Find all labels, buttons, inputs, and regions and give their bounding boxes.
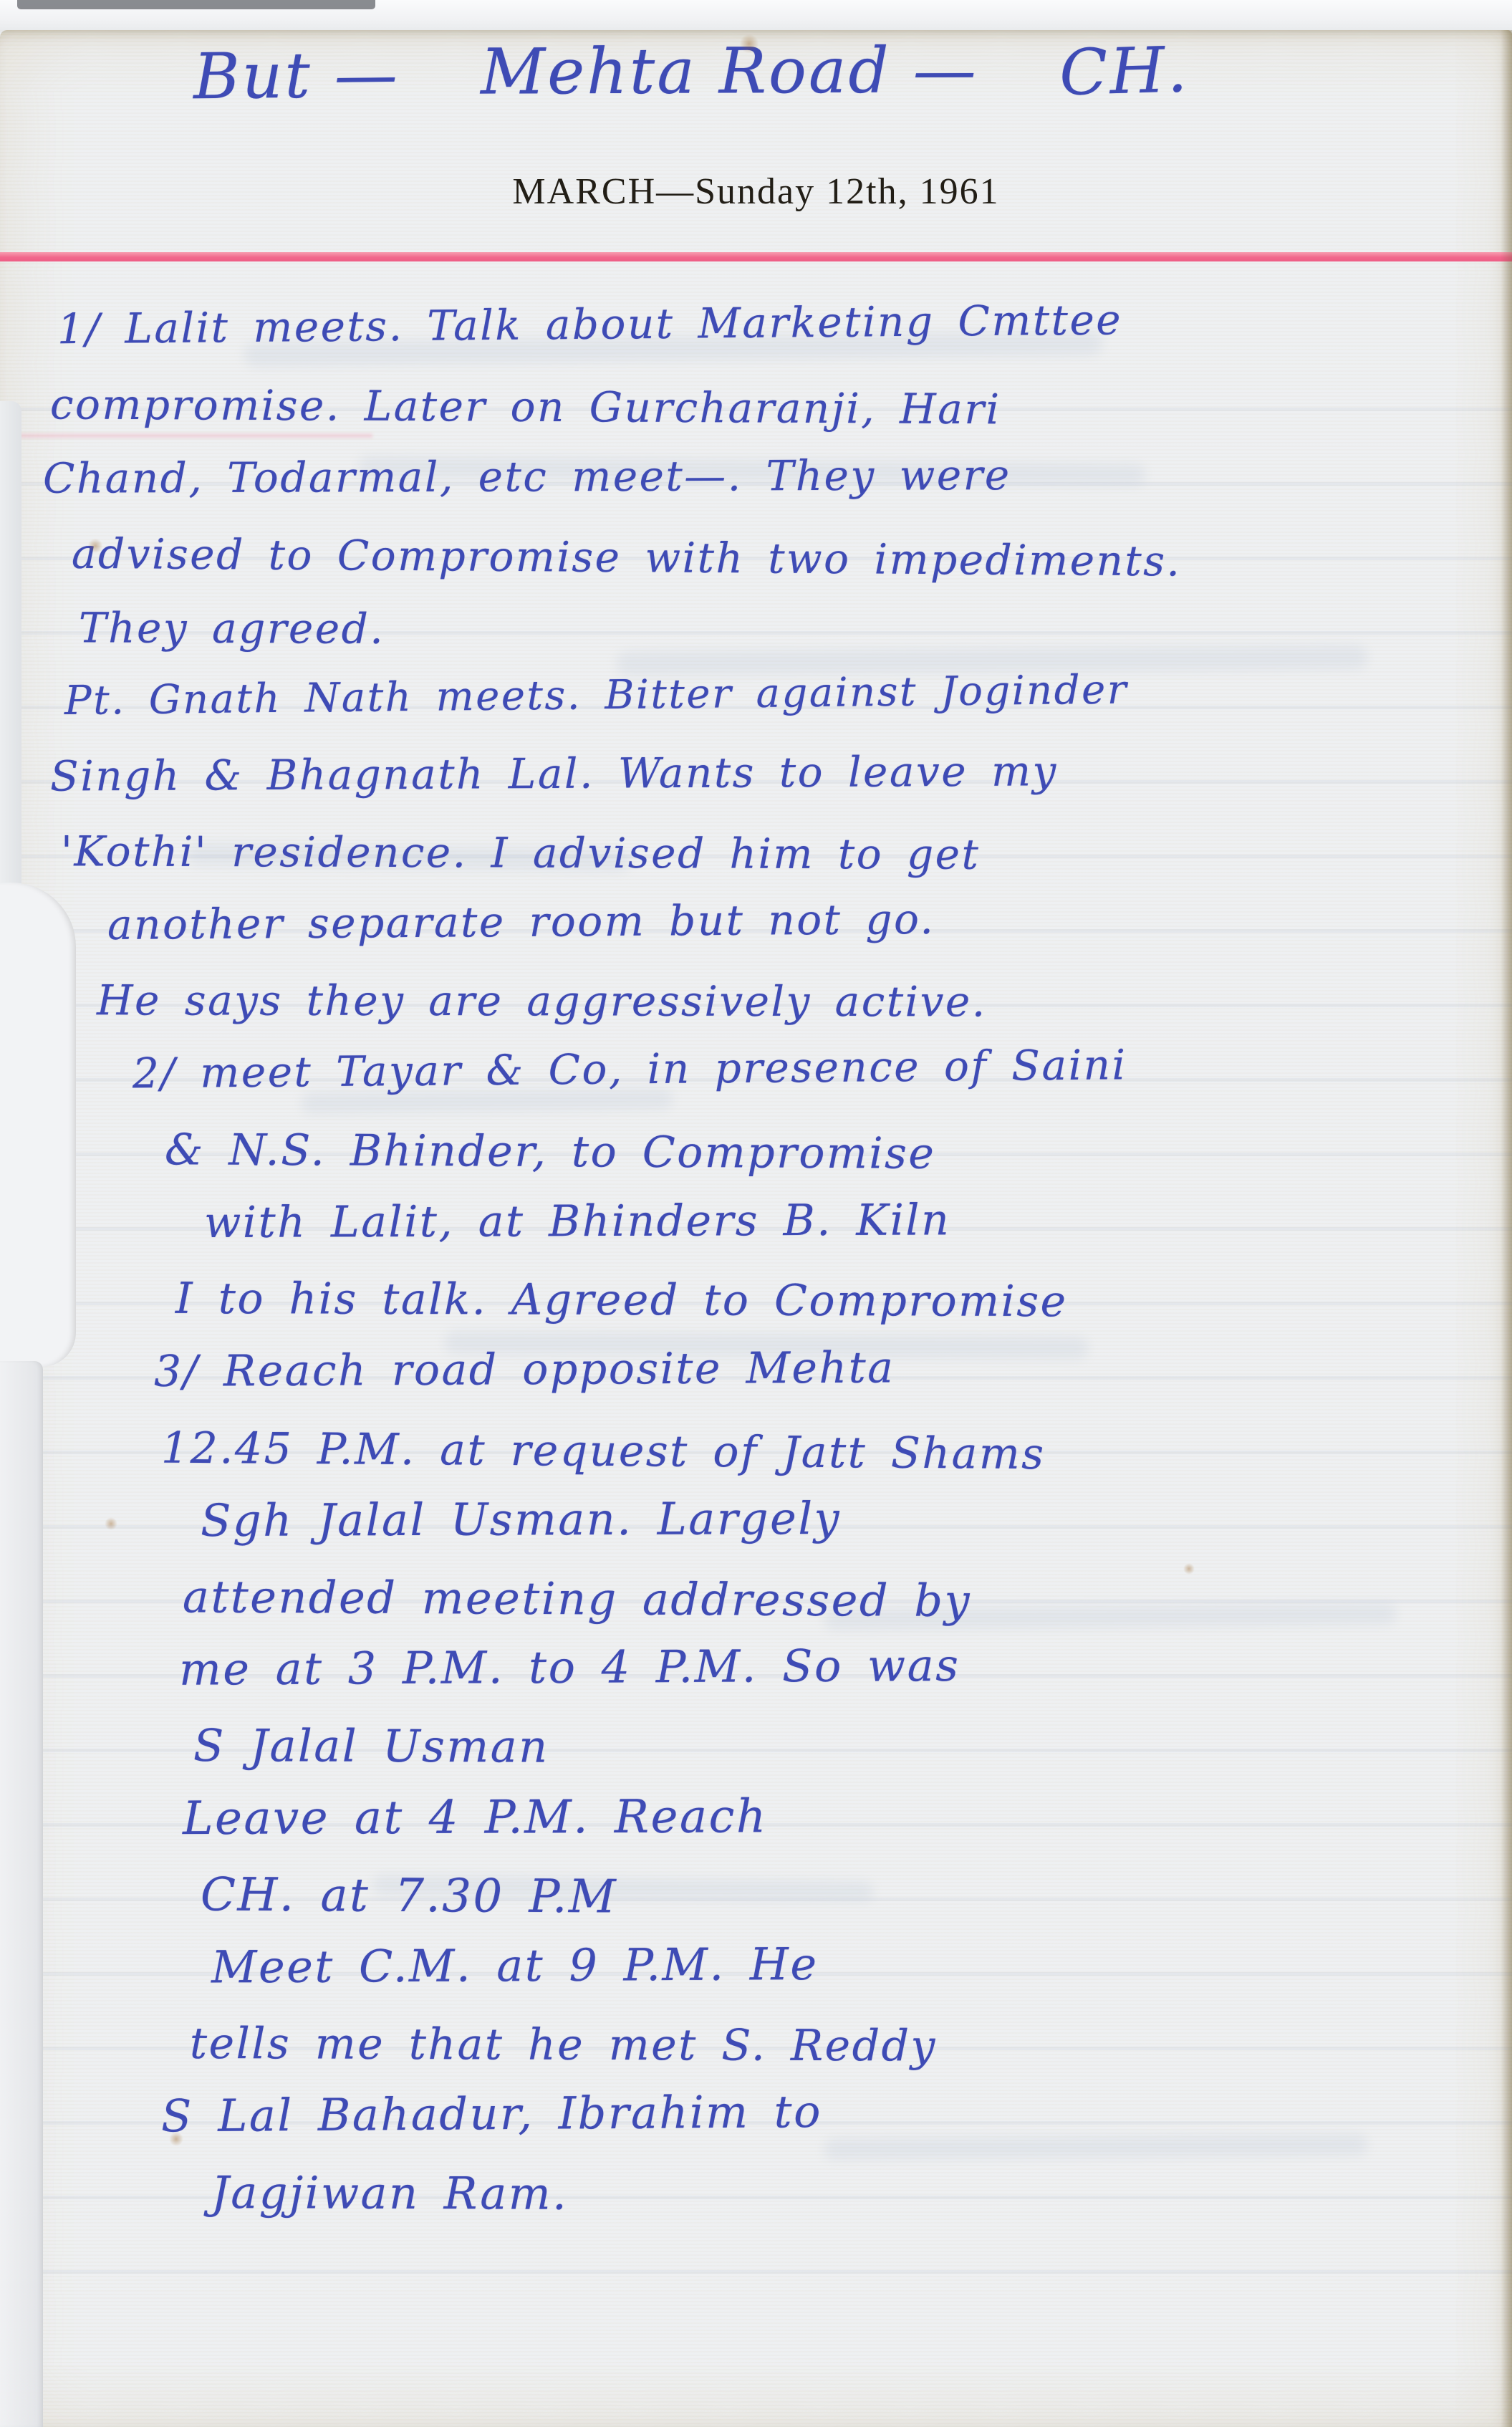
diary-line: Leave at 4 P.M. Reach — [0, 1777, 1501, 1857]
route-note-via: Mehta Road — — [481, 39, 978, 103]
diary-line: 1/ Lalit meets. Talk about Marketing Cmt… — [0, 279, 1501, 367]
handwritten-route-note: But — Mehta Road — CH. — [193, 35, 1190, 109]
diary-line: Sgh Jalal Usman. Largely — [0, 1479, 1501, 1559]
diary-line: Chand, Todarmal, etc meet—. They were — [0, 436, 1501, 516]
diary-line: 2/ meet Tayar & Co, in presence of Saini — [0, 1024, 1501, 1112]
diary-line: 3/ Reach road opposite Mehta — [0, 1327, 1501, 1410]
scanner-edge-artifact — [17, 0, 375, 9]
diary-line: another separate room but not go. — [0, 878, 1501, 963]
left-page-edge-gap — [0, 401, 21, 895]
route-note-destination: CH. — [1059, 38, 1190, 105]
printed-date-header: MARCH—Sunday 12th, 1961 — [0, 170, 1512, 213]
left-page-edge-gap — [0, 1361, 43, 2427]
diary-line: S Jalal Usman — [0, 1708, 1501, 1787]
diary-entry-text: 1/ Lalit meets. Talk about Marketing Cmt… — [0, 292, 1501, 2229]
route-note-origin: But — — [193, 43, 400, 108]
diary-line: Singh & Bhagnath Lal. Wants to leave my — [0, 731, 1501, 814]
diary-line: me at 3 P.M. to 4 P.M. So was — [0, 1625, 1501, 1708]
diary-line: Pt. Gnath Nath meets. Bitter against Jog… — [0, 649, 1501, 739]
diary-line: Meet C.M. at 9 P.M. He — [0, 1923, 1501, 2006]
torn-edge-notch — [0, 883, 76, 1367]
pink-ruled-divider — [0, 252, 1512, 261]
diary-line: S Lal Bahadur, Ibrahim to — [0, 2070, 1501, 2155]
diary-line: Jagjiwan Ram. — [0, 2155, 1501, 2234]
diary-line: with Lalit, at Bhinders B. Kiln — [0, 1181, 1501, 1261]
scanned-diary-page: But — Mehta Road — CH. MARCH—Sunday 12th… — [0, 0, 1512, 2427]
diary-line: advised to Compromise with two impedimen… — [0, 516, 1501, 601]
